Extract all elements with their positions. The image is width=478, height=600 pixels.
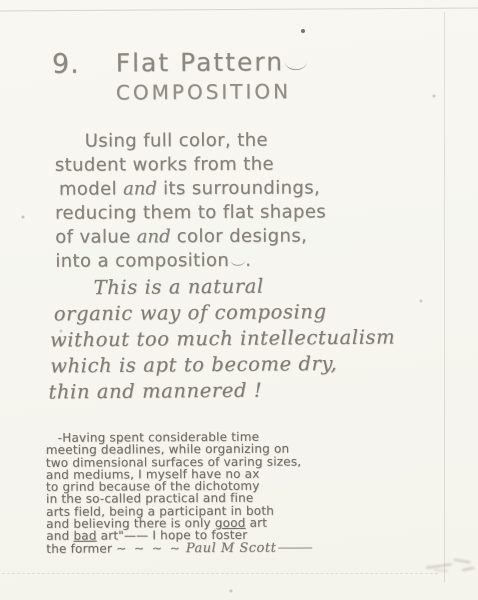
page-header: 9. Flat Pattern COMPOSITION	[52, 47, 307, 105]
text-line: which is apt to become dry,	[48, 351, 388, 380]
text-line: student works from the	[55, 152, 365, 178]
text-line: model and its surroundings,	[55, 176, 365, 202]
text-segment: into a composition	[55, 250, 229, 272]
text-segment: art	[246, 516, 268, 530]
text-line: the former ~ ~ ~ ~ Paul M Scott	[46, 541, 376, 556]
pen-squiggle: ~ ~ ~ ~	[116, 541, 182, 555]
page-right-edge	[444, 12, 445, 582]
scan-dust-specks	[0, 0, 2, 2]
section-number: 9.	[52, 49, 80, 80]
cursive-word: and	[123, 178, 157, 199]
pencil-smudge	[424, 556, 476, 576]
intro-paragraph: Using full color, the student works from…	[55, 128, 366, 274]
cursive-word: and	[137, 226, 171, 247]
text-line: thin and mannered !	[48, 377, 388, 406]
title-block: Flat Pattern COMPOSITION	[116, 47, 308, 104]
text-segment: model	[59, 178, 123, 199]
page-subtitle: COMPOSITION	[116, 79, 308, 104]
text-line: This is a natural	[47, 273, 387, 302]
page-title-text: Flat Pattern	[116, 47, 285, 77]
footnote-paragraph: -Having spent considerable time meeting …	[46, 430, 377, 556]
scanned-page: 9. Flat Pattern COMPOSITION Using full c…	[0, 0, 478, 600]
flourish-stroke	[285, 59, 307, 70]
page-top-edge	[0, 8, 478, 12]
text-segment: its surroundings,	[157, 177, 320, 199]
text-segment: of value	[55, 226, 137, 247]
page-bottom-edge	[2, 573, 438, 574]
flourish-stroke	[230, 258, 245, 266]
text-segment: color designs,	[171, 225, 308, 247]
text-line: into a composition.	[55, 248, 365, 274]
text-segment: the former	[46, 541, 116, 555]
text-line: of value and color designs,	[55, 224, 365, 250]
text-line: reducing them to flat shapes	[55, 200, 365, 226]
signature: Paul M Scott	[186, 540, 277, 555]
text-line: Using full color, the	[55, 128, 365, 154]
cursive-paragraph: This is a natural organic way of composi…	[47, 273, 388, 406]
text-line: organic way of composing	[48, 299, 388, 328]
page-title: Flat Pattern	[116, 47, 308, 77]
text-line: without too much intellectualism	[48, 325, 388, 354]
signature-stroke	[278, 547, 312, 548]
text-segment: .	[245, 250, 251, 271]
